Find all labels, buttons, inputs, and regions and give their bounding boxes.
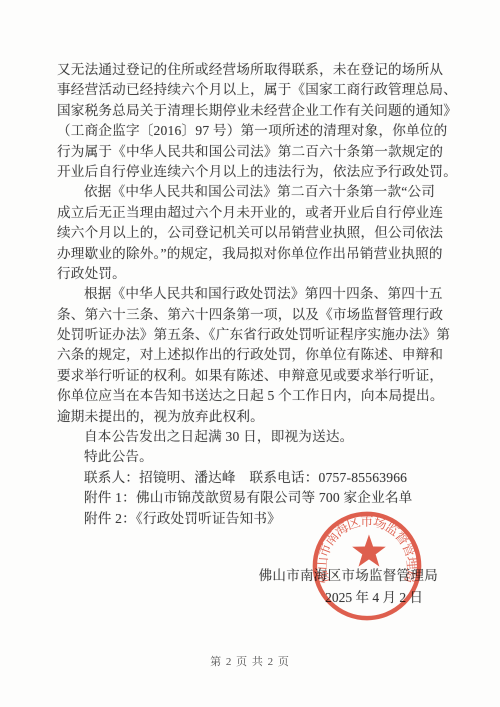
- text-line: 行政处罚。: [57, 264, 457, 284]
- text-line: 根据《中华人民共和国行政处罚法》第四十四条、第四十五: [57, 284, 457, 304]
- page-number-indicator: 第 2 页 共 2 页: [0, 653, 500, 669]
- text-line: 联系人：招镜明、潘达峰 联系电话：0757-85563966: [57, 468, 457, 488]
- text-line: 依据《中华人民共和国公司法》第二百六十条第一款“公司: [57, 182, 457, 202]
- text-line: 自本公告发出之日起满 30 日，即视为送达。: [57, 427, 457, 447]
- text-line: 续六个月以上的，公司登记机关可以吊销营业执照，但公司依法: [57, 223, 457, 243]
- text-line: 六条的规定，对上述拟作出的行政处罚，你单位有陈述、申辩和: [57, 345, 457, 365]
- text-line: 要求举行听证的权利。如果有陈述、申辩意见或要求举行听证，: [57, 366, 457, 386]
- text-line: 逾期未提出的，视为放弃此权利。: [57, 407, 457, 427]
- scanned-document-page: 又无法通过登记的住所或经营场所取得联系，未在登记的场所从事经营活动已经持续六个月…: [0, 0, 500, 707]
- text-line: 附件 1：佛山市锦茂歆贸易有限公司等 700 家企业名单: [57, 488, 457, 508]
- text-line: 开业后自行停业连续六个月以上的违法行为，依法应予行政处罚。: [57, 162, 457, 182]
- text-line: 行为属于《中华人民共和国公司法》第二百六十条第一款规定的: [57, 142, 457, 162]
- text-line: 事经营活动已经持续六个月以上，属于《国家工商行政管理总局、: [57, 80, 457, 100]
- text-line: 特此公告。: [57, 447, 457, 467]
- seal-star-icon: [352, 535, 386, 567]
- text-line: 你单位应当在本告知书送达之日起 5 个工作日内，向本局提出。: [57, 386, 457, 406]
- text-line: 条、第六十三条、第六十四条第一项，以及《市场监督管理行政: [57, 305, 457, 325]
- official-seal: 佛山市南海区市场监督管理局: [308, 507, 426, 625]
- text-line: 成立后无正当理由超过六个月未开业的，或者开业后自行停业连: [57, 203, 457, 223]
- text-line: 处罚听证办法》第五条、《广东省行政处罚听证程序实施办法》第: [57, 325, 457, 345]
- text-line: （工商企监字〔2016〕97 号）第一项所述的清理对象，你单位的: [57, 121, 457, 141]
- text-line: 办理歇业的除外。”的规定，我局拟对你单位作出吊销营业执照的: [57, 244, 457, 264]
- text-line: 国家税务总局关于清理长期停业未经营企业工作有关问题的通知》: [57, 101, 457, 121]
- document-body: 又无法通过登记的住所或经营场所取得联系，未在登记的场所从事经营活动已经持续六个月…: [57, 60, 457, 529]
- text-line: 又无法通过登记的住所或经营场所取得联系，未在登记的场所从: [57, 60, 457, 80]
